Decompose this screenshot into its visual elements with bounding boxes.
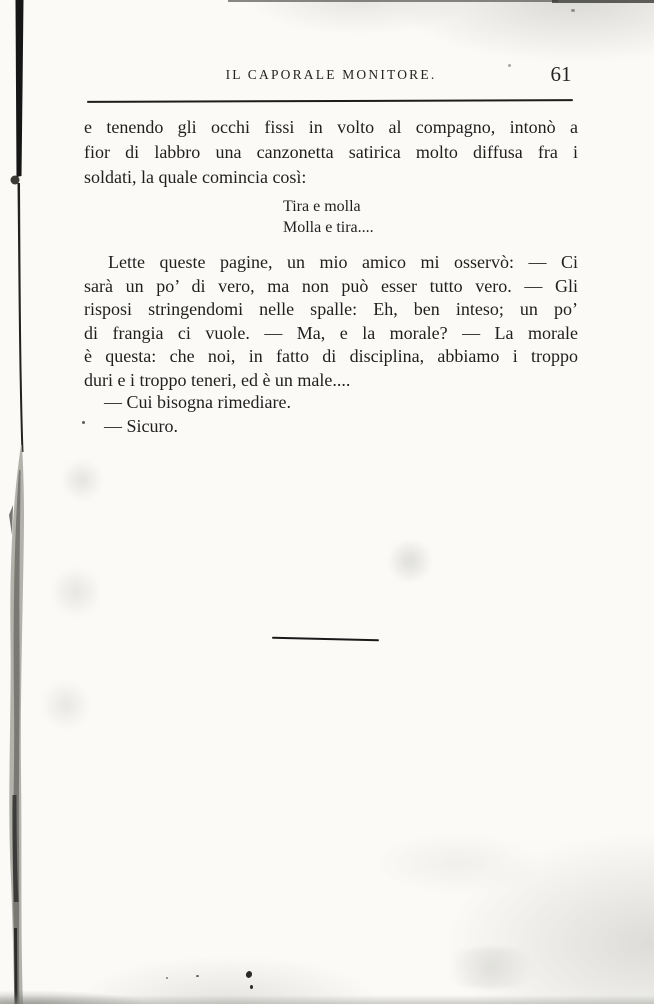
running-title: IL CAPORALE MONITORE. (84, 67, 578, 83)
scan-speck (166, 977, 168, 979)
page-number: 61 (544, 62, 578, 87)
scan-top-edge-line (228, 0, 558, 2)
ink-bleed-blot (60, 455, 104, 505)
dialogue-block: — Cui bisogna rimediare. — Sicuro. (84, 391, 578, 438)
scanned-book-page: IL CAPORALE MONITORE. 61 e tenendo gli o… (0, 0, 654, 1004)
text-line: duri e i troppo teneri, ed è un male.... (84, 369, 578, 393)
ink-bleed-blot (52, 560, 100, 624)
text-line: risposi stringendomi nelle spalle: Eh, b… (84, 298, 578, 322)
verse-line: Molla e tira.... (283, 217, 374, 238)
ink-bleed-blot (40, 676, 92, 734)
text-line: e tenendo gli occhi fissi in volto al co… (84, 115, 578, 140)
dialogue-line: — Cui bisogna rimediare. (84, 391, 578, 415)
text-line: sarà un po’ di vero, ma non può esser tu… (84, 275, 578, 299)
ink-bleed-blot (382, 540, 438, 582)
dialogue-line: — Sicuro. (84, 415, 578, 439)
header-rule (87, 99, 573, 103)
text-line: fior di labbro una canzonetta satirica m… (84, 140, 578, 165)
ink-bleed-blot (430, 948, 550, 988)
verse-block: Tira e molla Molla e tira.... (283, 196, 374, 238)
text-line: è questa: che noi, in fatto di disciplin… (84, 345, 578, 369)
scan-bottom-corner-shadow (0, 990, 150, 1004)
text-line: soldati, la quale comincia così: (84, 165, 578, 190)
scan-speck (82, 421, 85, 424)
text-line: Lette queste pagine, un mio amico mi oss… (84, 251, 578, 275)
scan-speck (250, 985, 253, 989)
binding-shadow-artifact (0, 0, 40, 1004)
scan-speck (508, 64, 511, 67)
paragraph-continuation: e tenendo gli occhi fissi in volto al co… (84, 115, 578, 190)
section-separator-rule (272, 637, 379, 642)
scan-speck (245, 970, 253, 979)
text-line: di frangia ci vuole. — Ma, e la morale? … (84, 322, 578, 346)
scan-top-edge-line (552, 0, 654, 3)
scan-speck (571, 9, 575, 12)
scan-speck (196, 975, 199, 977)
verse-line: Tira e molla (283, 196, 374, 217)
paragraph: Lette queste pagine, un mio amico mi oss… (84, 251, 578, 392)
